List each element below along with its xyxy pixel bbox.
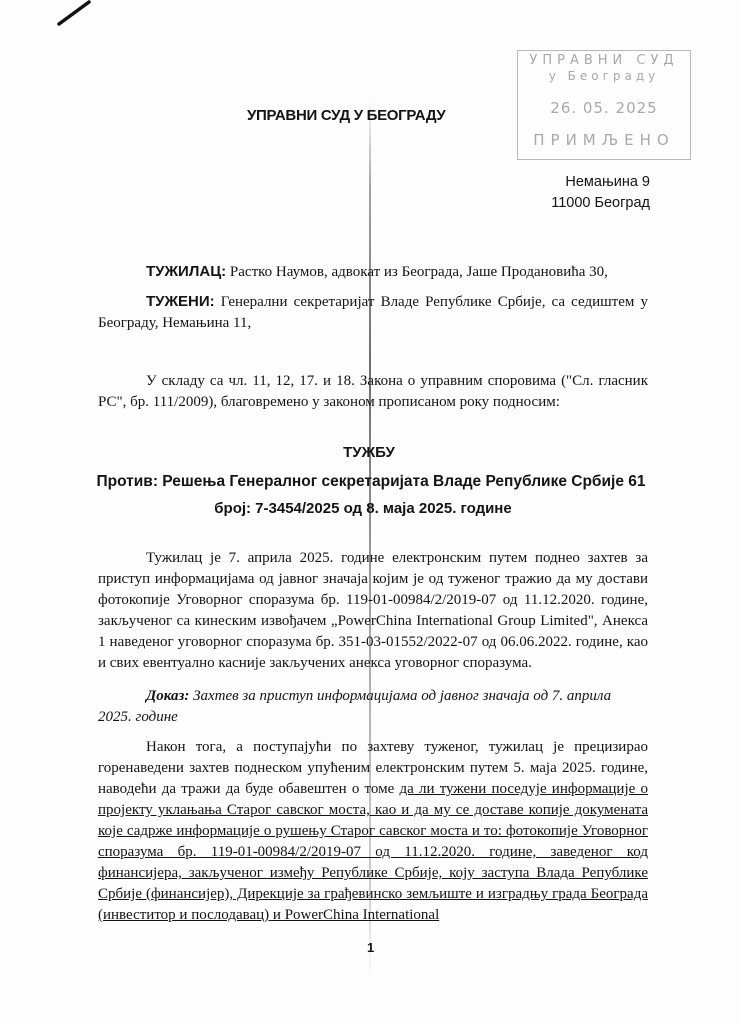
plaintiff: ТУЖИЛАЦ: Растко Наумов, адвокат из Беогр…	[98, 261, 648, 283]
plaintiff-label: ТУЖИЛАЦ:	[146, 263, 226, 280]
document-title: ТУЖБУ	[0, 444, 740, 461]
document-page: УПРАВНИ СУД у Београду 26. 05. 2025 ПРИМ…	[0, 0, 742, 1024]
paragraph-2-underlined: да ли тужени поседује информације о прој…	[98, 781, 648, 923]
court-title: УПРАВНИ СУД У БЕОГРАДУ	[247, 107, 445, 124]
address-street: Немањина 9	[551, 172, 650, 193]
stamp-date: 26. 05. 2025	[518, 99, 690, 117]
defendant-label: ТУЖЕНИ:	[146, 293, 215, 310]
against-line-1: Против: Решења Генералног секретаријата …	[0, 473, 742, 491]
page-number: 1	[367, 940, 374, 955]
pen-mark	[55, 0, 95, 28]
proof: Доказ: Захтев за приступ информацијама о…	[98, 686, 648, 728]
defendant: ТУЖЕНИ: Генерални секретаријат Владе Реп…	[98, 291, 648, 334]
stamp-received: ПРИМЉЕНО	[518, 131, 690, 149]
received-stamp: УПРАВНИ СУД у Београду 26. 05. 2025 ПРИМ…	[517, 50, 691, 160]
address-city: 11000 Београд	[551, 193, 650, 214]
plaintiff-text: Растко Наумов, адвокат из Београда, Јаше…	[226, 264, 608, 280]
court-address: Немањина 9 11000 Београд	[551, 172, 650, 214]
against-line-2: број: 7-3454/2025 од 8. маја 2025. годин…	[0, 500, 734, 517]
stamp-court: УПРАВНИ СУД	[518, 53, 690, 68]
stamp-city: у Београду	[518, 69, 690, 83]
body-paragraph-1: Тужилац је 7. априла 2025. године електр…	[98, 548, 648, 674]
body-paragraph-2: Након тога, а поступајући по захтеву туж…	[98, 737, 648, 926]
proof-label: Доказ:	[146, 688, 189, 704]
intro-paragraph: У складу са чл. 11, 12, 17. и 18. Закона…	[98, 371, 648, 413]
